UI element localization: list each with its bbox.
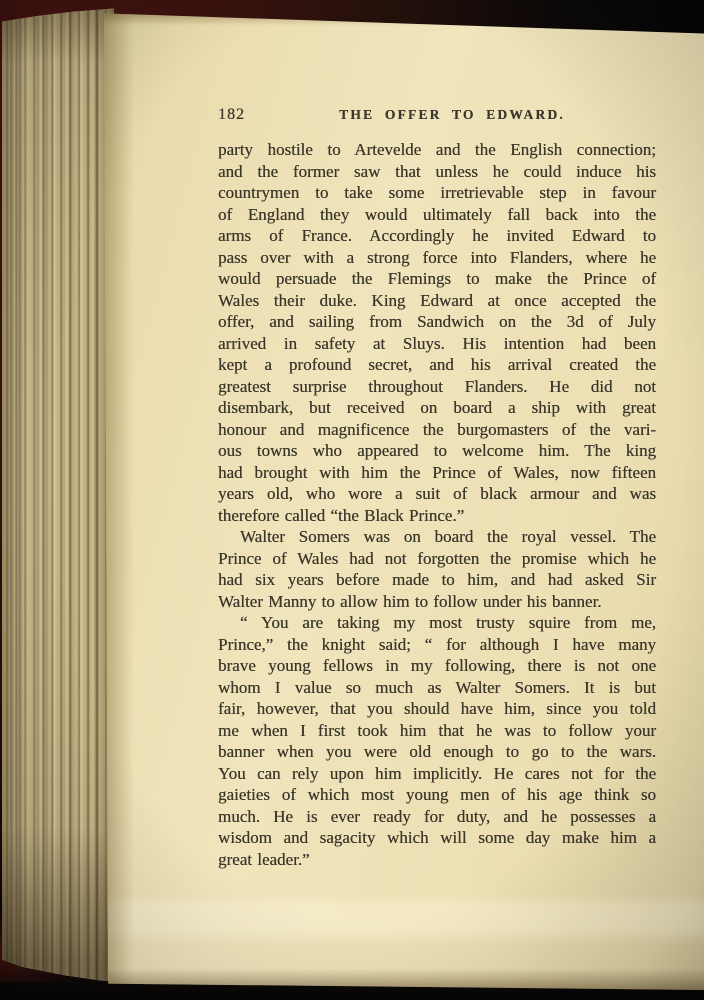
text-line: fair, however, that you should have him,… <box>218 698 656 720</box>
text-line: Prince of Wales had not forgotten the pr… <box>218 548 656 570</box>
printed-text-block: 182 THE OFFER TO EDWARD. party hostile t… <box>218 105 656 870</box>
text-line: kept a profound secret, and his arrival … <box>218 354 656 376</box>
text-line: party hostile to Artevelde and the Engli… <box>218 139 656 161</box>
text-line: Walter Somers was on board the royal ves… <box>218 526 656 548</box>
text-line: honour and magnificence the burgomasters… <box>218 419 656 441</box>
text-line: had brought with him the Prince of Wales… <box>218 462 656 484</box>
text-line: offer, and sailing from Sandwich on the … <box>218 311 656 333</box>
text-line: and the former saw that unless he could … <box>218 161 656 183</box>
text-line: Walter Manny to allow him to follow unde… <box>218 591 656 613</box>
text-line: disembark, but received on board a ship … <box>218 397 656 419</box>
text-line: would persuade the Flemings to make the … <box>218 268 656 290</box>
text-line: whom I value so much as Walter Somers. I… <box>218 677 656 699</box>
text-line: You can rely upon him implicitly. He car… <box>218 763 656 785</box>
text-line: arrived in safety at Sluys. His intentio… <box>218 333 656 355</box>
book-page-edges <box>2 6 114 982</box>
text-line: pass over with a strong force into Fland… <box>218 247 656 269</box>
page-header: 182 THE OFFER TO EDWARD. <box>218 105 656 125</box>
text-line: gaieties of which most young men of his … <box>218 784 656 806</box>
text-line: therefore called “the Black Prince.” <box>218 505 656 527</box>
text-line: had six years before made to him, and ha… <box>218 569 656 591</box>
text-line: years old, who wore a suit of black armo… <box>218 483 656 505</box>
text-line: of England they would ultimately fall ba… <box>218 204 656 226</box>
text-line: ous towns who appeared to welcome him. T… <box>218 440 656 462</box>
text-line: brave young fellows in my following, the… <box>218 655 656 677</box>
text-line: much. He is ever ready for duty, and he … <box>218 806 656 828</box>
text-line: “ You are taking my most trusty squire f… <box>218 612 656 634</box>
running-header: THE OFFER TO EDWARD. <box>218 105 656 125</box>
text-line: countrymen to take some irretrievable st… <box>218 182 656 204</box>
text-line: me when I first took him that he was to … <box>218 720 656 742</box>
text-line: greatest surprise throughout Flanders. H… <box>218 376 656 398</box>
text-line: Wales their duke. King Edward at once ac… <box>218 290 656 312</box>
body-text: party hostile to Artevelde and the Engli… <box>218 139 656 870</box>
text-line: great leader.” <box>218 849 656 871</box>
text-line: banner when you were old enough to go to… <box>218 741 656 763</box>
text-line: arms of France. Accordingly he invited E… <box>218 225 656 247</box>
text-line: wisdom and sagacity which will some day … <box>218 827 656 849</box>
book-page: 182 THE OFFER TO EDWARD. party hostile t… <box>104 8 704 990</box>
text-line: Prince,” the knight said; “ for although… <box>218 634 656 656</box>
